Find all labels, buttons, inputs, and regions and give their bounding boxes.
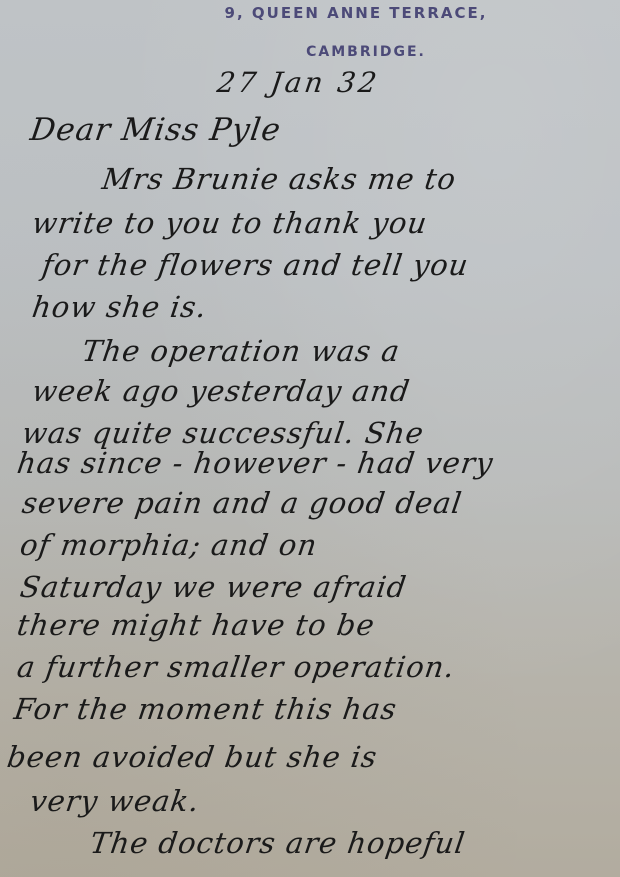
letter-line: week ago yesterday and	[30, 374, 412, 408]
letter-line: The operation was a	[80, 334, 402, 368]
letter-line: been avoided but she is	[5, 740, 380, 774]
letter-line: a further smaller operation.	[15, 650, 457, 684]
letter-line: write to you to thank you	[30, 206, 430, 240]
letter-line: was quite successful. She	[20, 416, 426, 450]
letter-line: very weak.	[28, 784, 202, 818]
letter-line: of morphia; and on	[18, 528, 320, 562]
letter-line: The doctors are hopeful	[88, 826, 468, 860]
letter-salutation: Dear Miss Pyle	[28, 112, 283, 148]
letter-line: Mrs Brunie asks me to	[100, 162, 458, 196]
letter-line: how she is.	[30, 290, 209, 324]
letterhead-address-line1: 9, QUEEN ANNE TERRACE,	[0, 4, 620, 22]
letter-date: 27 Jan 32	[215, 66, 382, 99]
letterhead-address-line2: CAMBRIDGE.	[0, 44, 620, 60]
letter-line: Saturday we were afraid	[18, 570, 409, 604]
letter-line: for the flowers and tell you	[40, 248, 471, 282]
letter-line: severe pain and a good deal	[20, 486, 464, 520]
letter-line: has since - however - had very	[15, 446, 496, 480]
letter-line: For the moment this has	[12, 692, 399, 726]
letter-line: there might have to be	[15, 608, 377, 642]
